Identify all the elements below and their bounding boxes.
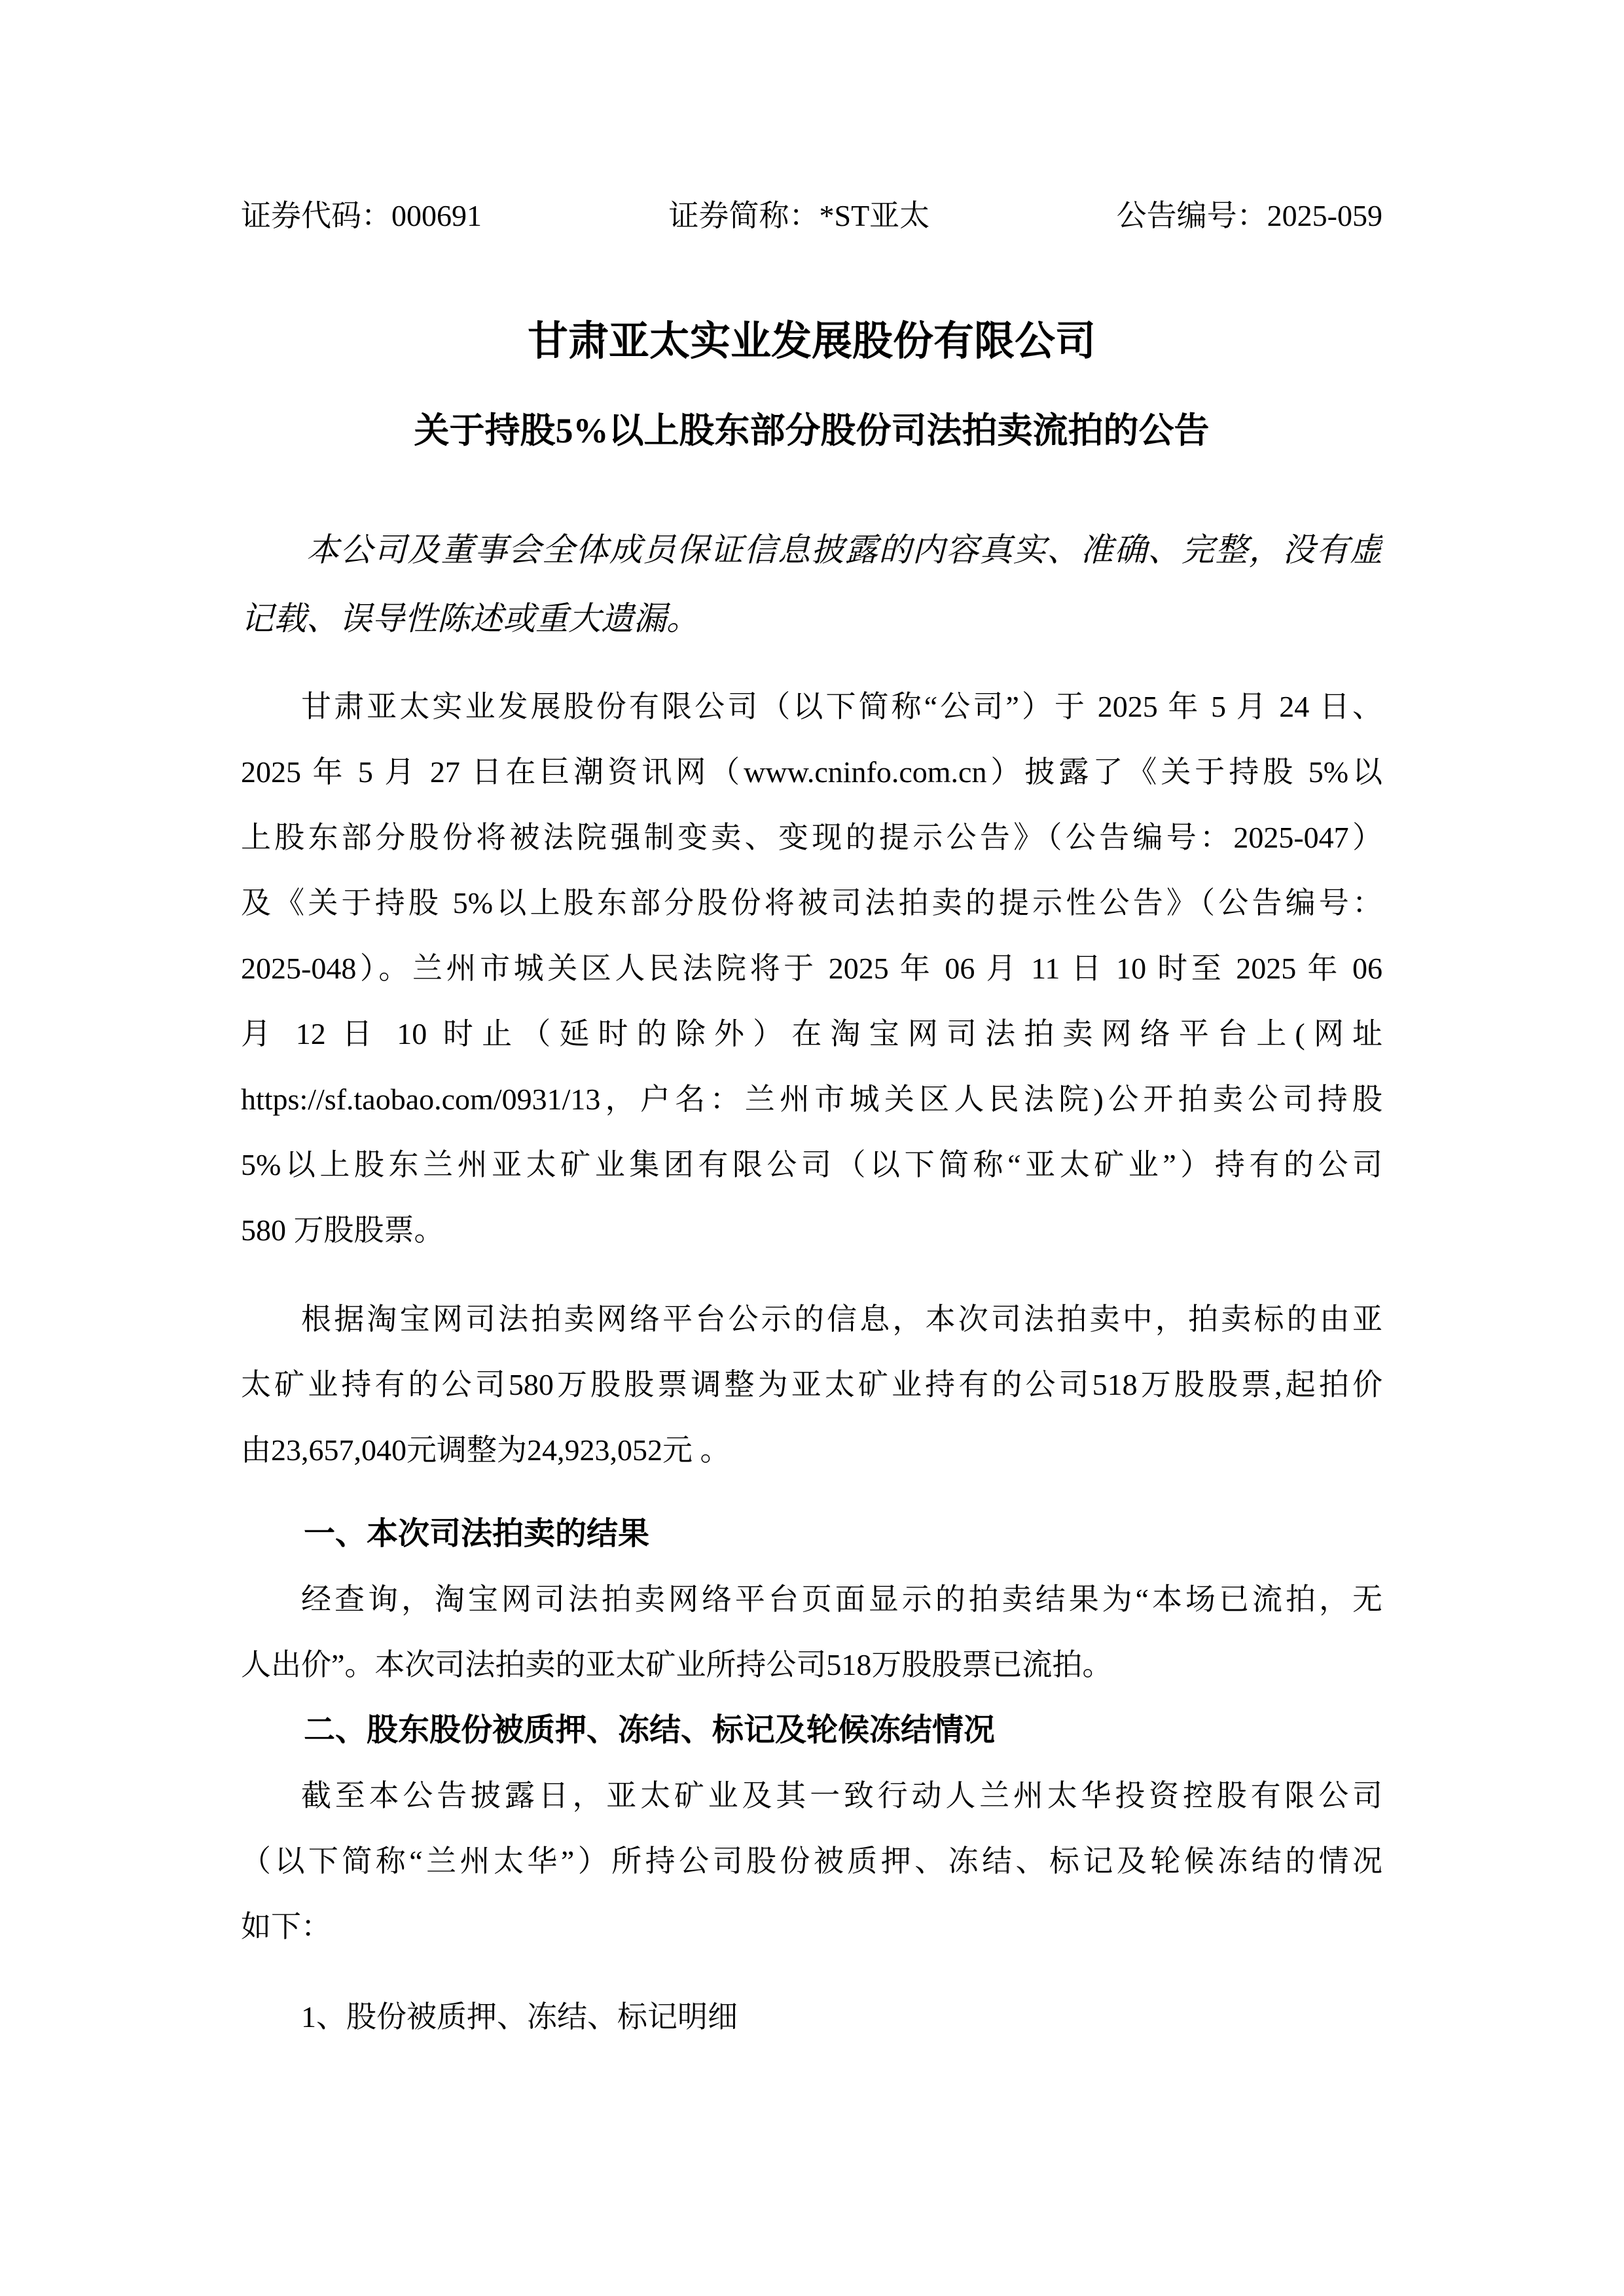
intro-line-5: 2025-048）。兰州市城关区人民法院将于 2025 年 06 月 11 日 … — [241, 936, 1382, 1001]
intro-line-7: https://sf.taobao.com/0931/13，户名：兰州市城关区人… — [241, 1067, 1382, 1132]
intro-paragraph: 甘肃亚太实业发展股份有限公司（以下简称“公司”）于 2025 年 5 月 24 … — [241, 674, 1382, 1263]
disclaimer-line-1: 本公司及董事会全体成员保证信息披露的内容真实、准确、完整，没有虚假 — [241, 516, 1382, 584]
intro-line-9: 580 万股股票。 — [241, 1198, 1382, 1263]
intro-line-1: 甘肃亚太实业发展股份有限公司（以下简称“公司”）于 2025 年 5 月 24 … — [241, 674, 1382, 740]
section-2-heading: 二、股东股份被质押、冻结、标记及轮候冻结情况 — [241, 1698, 1382, 1763]
stock-code: 证券代码：000691 — [241, 196, 482, 236]
auction-result-paragraph: 经查询，淘宝网司法拍卖网络平台页面显示的拍卖结果为“本场已流拍，无 人出价”。本… — [241, 1567, 1382, 1698]
status-line-2: （以下简称“兰州太华”）所持公司股份被质押、冻结、标记及轮候冻结的情况 — [241, 1829, 1382, 1894]
intro-line-4: 及《关于持股 5%以上股东部分股份将被司法拍卖的提示性公告》（公告编号： — [241, 870, 1382, 936]
board-disclaimer: 本公司及董事会全体成员保证信息披露的内容真实、准确、完整，没有虚假 记载、误导性… — [241, 516, 1382, 653]
result-line-1: 经查询，淘宝网司法拍卖网络平台页面显示的拍卖结果为“本场已流拍，无 — [241, 1567, 1382, 1632]
announcement-page: 证券代码：000691 证券简称：*ST亚太 公告编号：2025-059 甘肃亚… — [0, 0, 1624, 2296]
intro-line-2: 2025 年 5 月 27 日在巨潮资讯网（www.cninfo.com.cn）… — [241, 740, 1382, 805]
announcement-number: 公告编号：2025-059 — [1117, 196, 1382, 236]
disclaimer-line-2: 记载、误导性陈述或重大遗漏。 — [241, 584, 1382, 653]
announcement-title: 关于持股5%以上股东部分股份司法拍卖流拍的公告 — [241, 407, 1382, 454]
adjustment-paragraph: 根据淘宝网司法拍卖网络平台公示的信息，本次司法拍卖中，拍卖标的由亚 太矿业持有的… — [241, 1287, 1382, 1483]
status-line-3: 如下： — [241, 1894, 1382, 1960]
intro-line-6: 月 12 日 10 时止（延时的除外）在淘宝网司法拍卖网络平台上(网址 — [241, 1001, 1382, 1067]
pledge-detail-item: 1、股份被质押、冻结、标记明细 — [241, 1984, 1382, 2050]
intro-line-3: 上股东部分股份将被法院强制变卖、变现的提示公告》（公告编号：2025-047） — [241, 805, 1382, 870]
status-line-1: 截至本公告披露日，亚太矿业及其一致行动人兰州太华投资控股有限公司 — [241, 1763, 1382, 1829]
adjustment-line-2: 太矿业持有的公司580万股股票调整为亚太矿业持有的公司518万股股票,起拍价 — [241, 1352, 1382, 1418]
stock-abbr: 证券简称：*ST亚太 — [668, 196, 929, 236]
intro-line-8: 5%以上股东兰州亚太矿业集团有限公司（以下简称“亚太矿业”）持有的公司 — [241, 1132, 1382, 1198]
result-line-2: 人出价”。本次司法拍卖的亚太矿业所持公司518万股股票已流拍。 — [241, 1632, 1382, 1698]
document-header: 证券代码：000691 证券简称：*ST亚太 公告编号：2025-059 — [241, 196, 1382, 236]
adjustment-line-3: 由23,657,040元调整为24,923,052元 。 — [241, 1418, 1382, 1483]
adjustment-line-1: 根据淘宝网司法拍卖网络平台公示的信息，本次司法拍卖中，拍卖标的由亚 — [241, 1287, 1382, 1352]
pledge-status-paragraph: 截至本公告披露日，亚太矿业及其一致行动人兰州太华投资控股有限公司 （以下简称“兰… — [241, 1763, 1382, 1960]
section-1-heading: 一、本次司法拍卖的结果 — [241, 1501, 1382, 1567]
company-title: 甘肃亚太实业发展股份有限公司 — [241, 314, 1382, 369]
